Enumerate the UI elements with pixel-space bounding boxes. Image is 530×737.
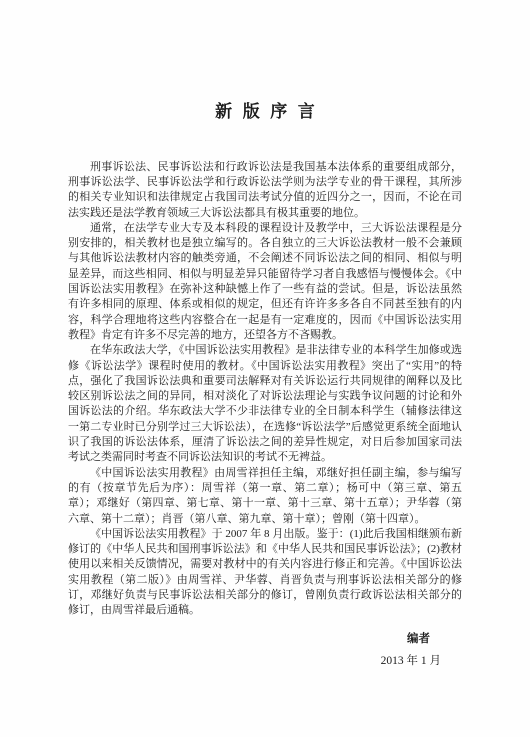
preface-paragraph-5: 《中国诉讼法实用教程》于 2007 年 8 月出版。鉴于：(1)此后我国相继颁布… — [68, 527, 462, 619]
preface-paragraph-3: 在华东政法大学，《中国诉讼法实用教程》是非法律专业的本科学生加修或选修《诉讼法学… — [68, 343, 462, 465]
signature-author: 编者 — [68, 628, 441, 650]
book-preface-page: 新版序言 刑事诉讼法、民事诉讼法和行政诉讼法是我国基本法体系的重要组成部分，刑事… — [0, 0, 530, 737]
preface-body: 刑事诉讼法、民事诉讼法和行政诉讼法是我国基本法体系的重要组成部分，刑事诉讼法学、… — [68, 160, 462, 619]
preface-paragraph-2: 通常，在法学专业大专及本科段的课程设计及教学中，三大诉讼法课程是分别安排的，相关… — [68, 221, 462, 343]
signature-date: 2013 年 1 月 — [68, 650, 441, 672]
signature-block: 编者 2013 年 1 月 — [68, 628, 462, 672]
preface-paragraph-1: 刑事诉讼法、民事诉讼法和行政诉讼法是我国基本法体系的重要组成部分，刑事诉讼法学、… — [68, 160, 462, 221]
page-title: 新版序言 — [68, 103, 462, 122]
preface-paragraph-4: 《中国诉讼法实用教程》由周雪祥担任主编，邓继好担任副主编，参与编写的有（按章节先… — [68, 466, 462, 527]
